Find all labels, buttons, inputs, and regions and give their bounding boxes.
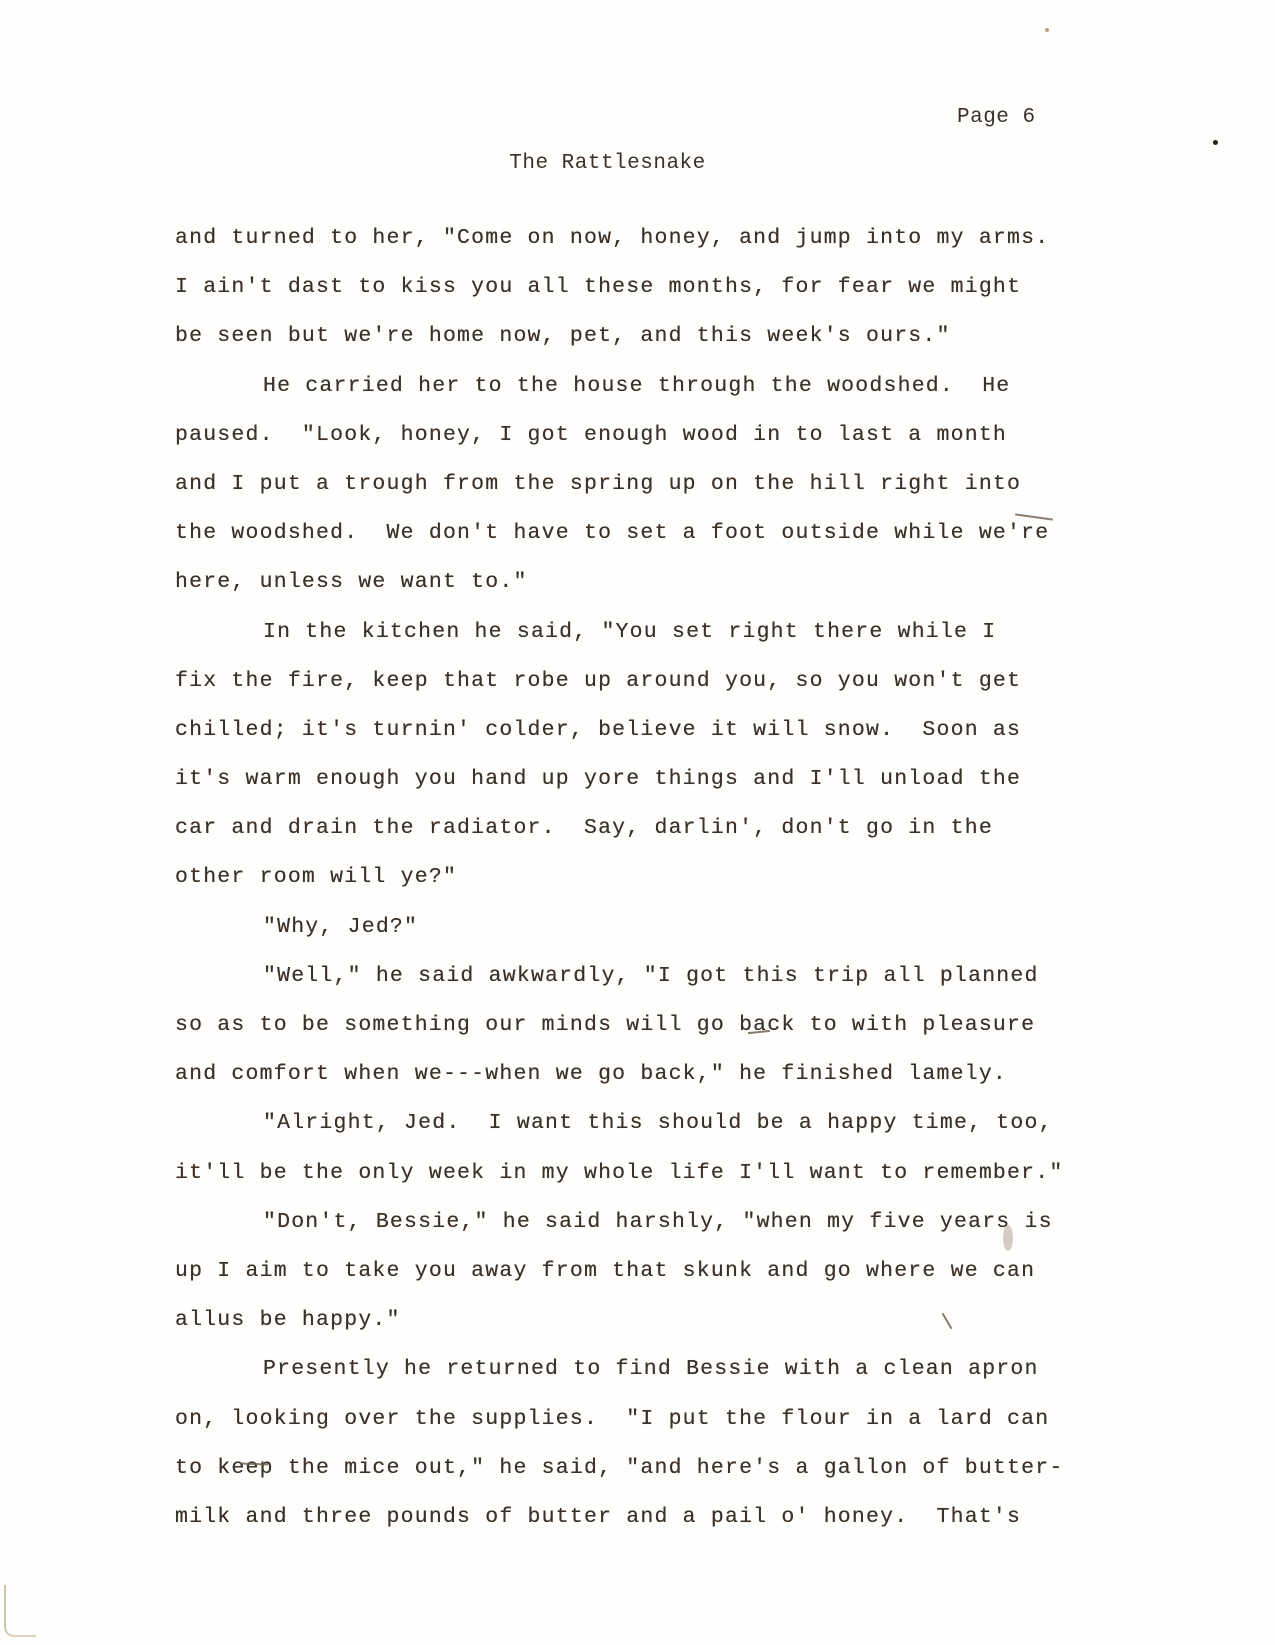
text-line: milk and three pounds of butter and a pa…: [175, 1505, 1135, 1554]
text-line: car and drain the radiator. Say, darlin'…: [175, 816, 1135, 865]
text-line: up I aim to take you away from that skun…: [175, 1259, 1135, 1308]
text-line: chilled; it's turnin' colder, believe it…: [175, 718, 1135, 767]
text-line: and comfort when we---when we go back," …: [175, 1062, 1135, 1111]
text-line: to keep the mice out," he said, "and her…: [175, 1456, 1135, 1505]
paper-speck: [1213, 140, 1218, 145]
text-line: the woodshed. We don't have to set a foo…: [175, 521, 1135, 570]
text-line: paused. "Look, honey, I got enough wood …: [175, 423, 1135, 472]
text-line: allus be happy.": [175, 1308, 1135, 1357]
paper-edge: [4, 1585, 36, 1637]
text-line: I ain't dast to kiss you all these month…: [175, 275, 1135, 324]
typewritten-page: Page 6 The Rattlesnake and turned to her…: [0, 0, 1275, 1645]
text-line: In the kitchen he said, "You set right t…: [175, 620, 1135, 669]
text-line: so as to be something our minds will go …: [175, 1013, 1135, 1062]
text-line: He carried her to the house through the …: [175, 374, 1135, 423]
text-line: here, unless we want to.": [175, 570, 1135, 619]
text-line: Presently he returned to find Bessie wit…: [175, 1357, 1135, 1406]
document-title: The Rattlesnake: [0, 152, 1215, 175]
text-line: "Alright, Jed. I want this should be a h…: [175, 1111, 1135, 1160]
page-number: Page 6: [957, 106, 1036, 129]
text-line: and turned to her, "Come on now, honey, …: [175, 226, 1135, 275]
text-line: other room will ye?": [175, 865, 1135, 914]
text-line: it'll be the only week in my whole life …: [175, 1161, 1135, 1210]
text-line: "Well," he said awkwardly, "I got this t…: [175, 964, 1135, 1013]
text-line: it's warm enough you hand up yore things…: [175, 767, 1135, 816]
text-line: on, looking over the supplies. "I put th…: [175, 1407, 1135, 1456]
body-text: and turned to her, "Come on now, honey, …: [175, 226, 1135, 1554]
paper-speck: [1003, 1225, 1013, 1251]
paper-speck: [1045, 28, 1049, 32]
text-line: and I put a trough from the spring up on…: [175, 472, 1135, 521]
text-line: be seen but we're home now, pet, and thi…: [175, 324, 1135, 373]
text-line: fix the fire, keep that robe up around y…: [175, 669, 1135, 718]
text-line: "Don't, Bessie," he said harshly, "when …: [175, 1210, 1135, 1259]
text-line: "Why, Jed?": [175, 915, 1135, 964]
